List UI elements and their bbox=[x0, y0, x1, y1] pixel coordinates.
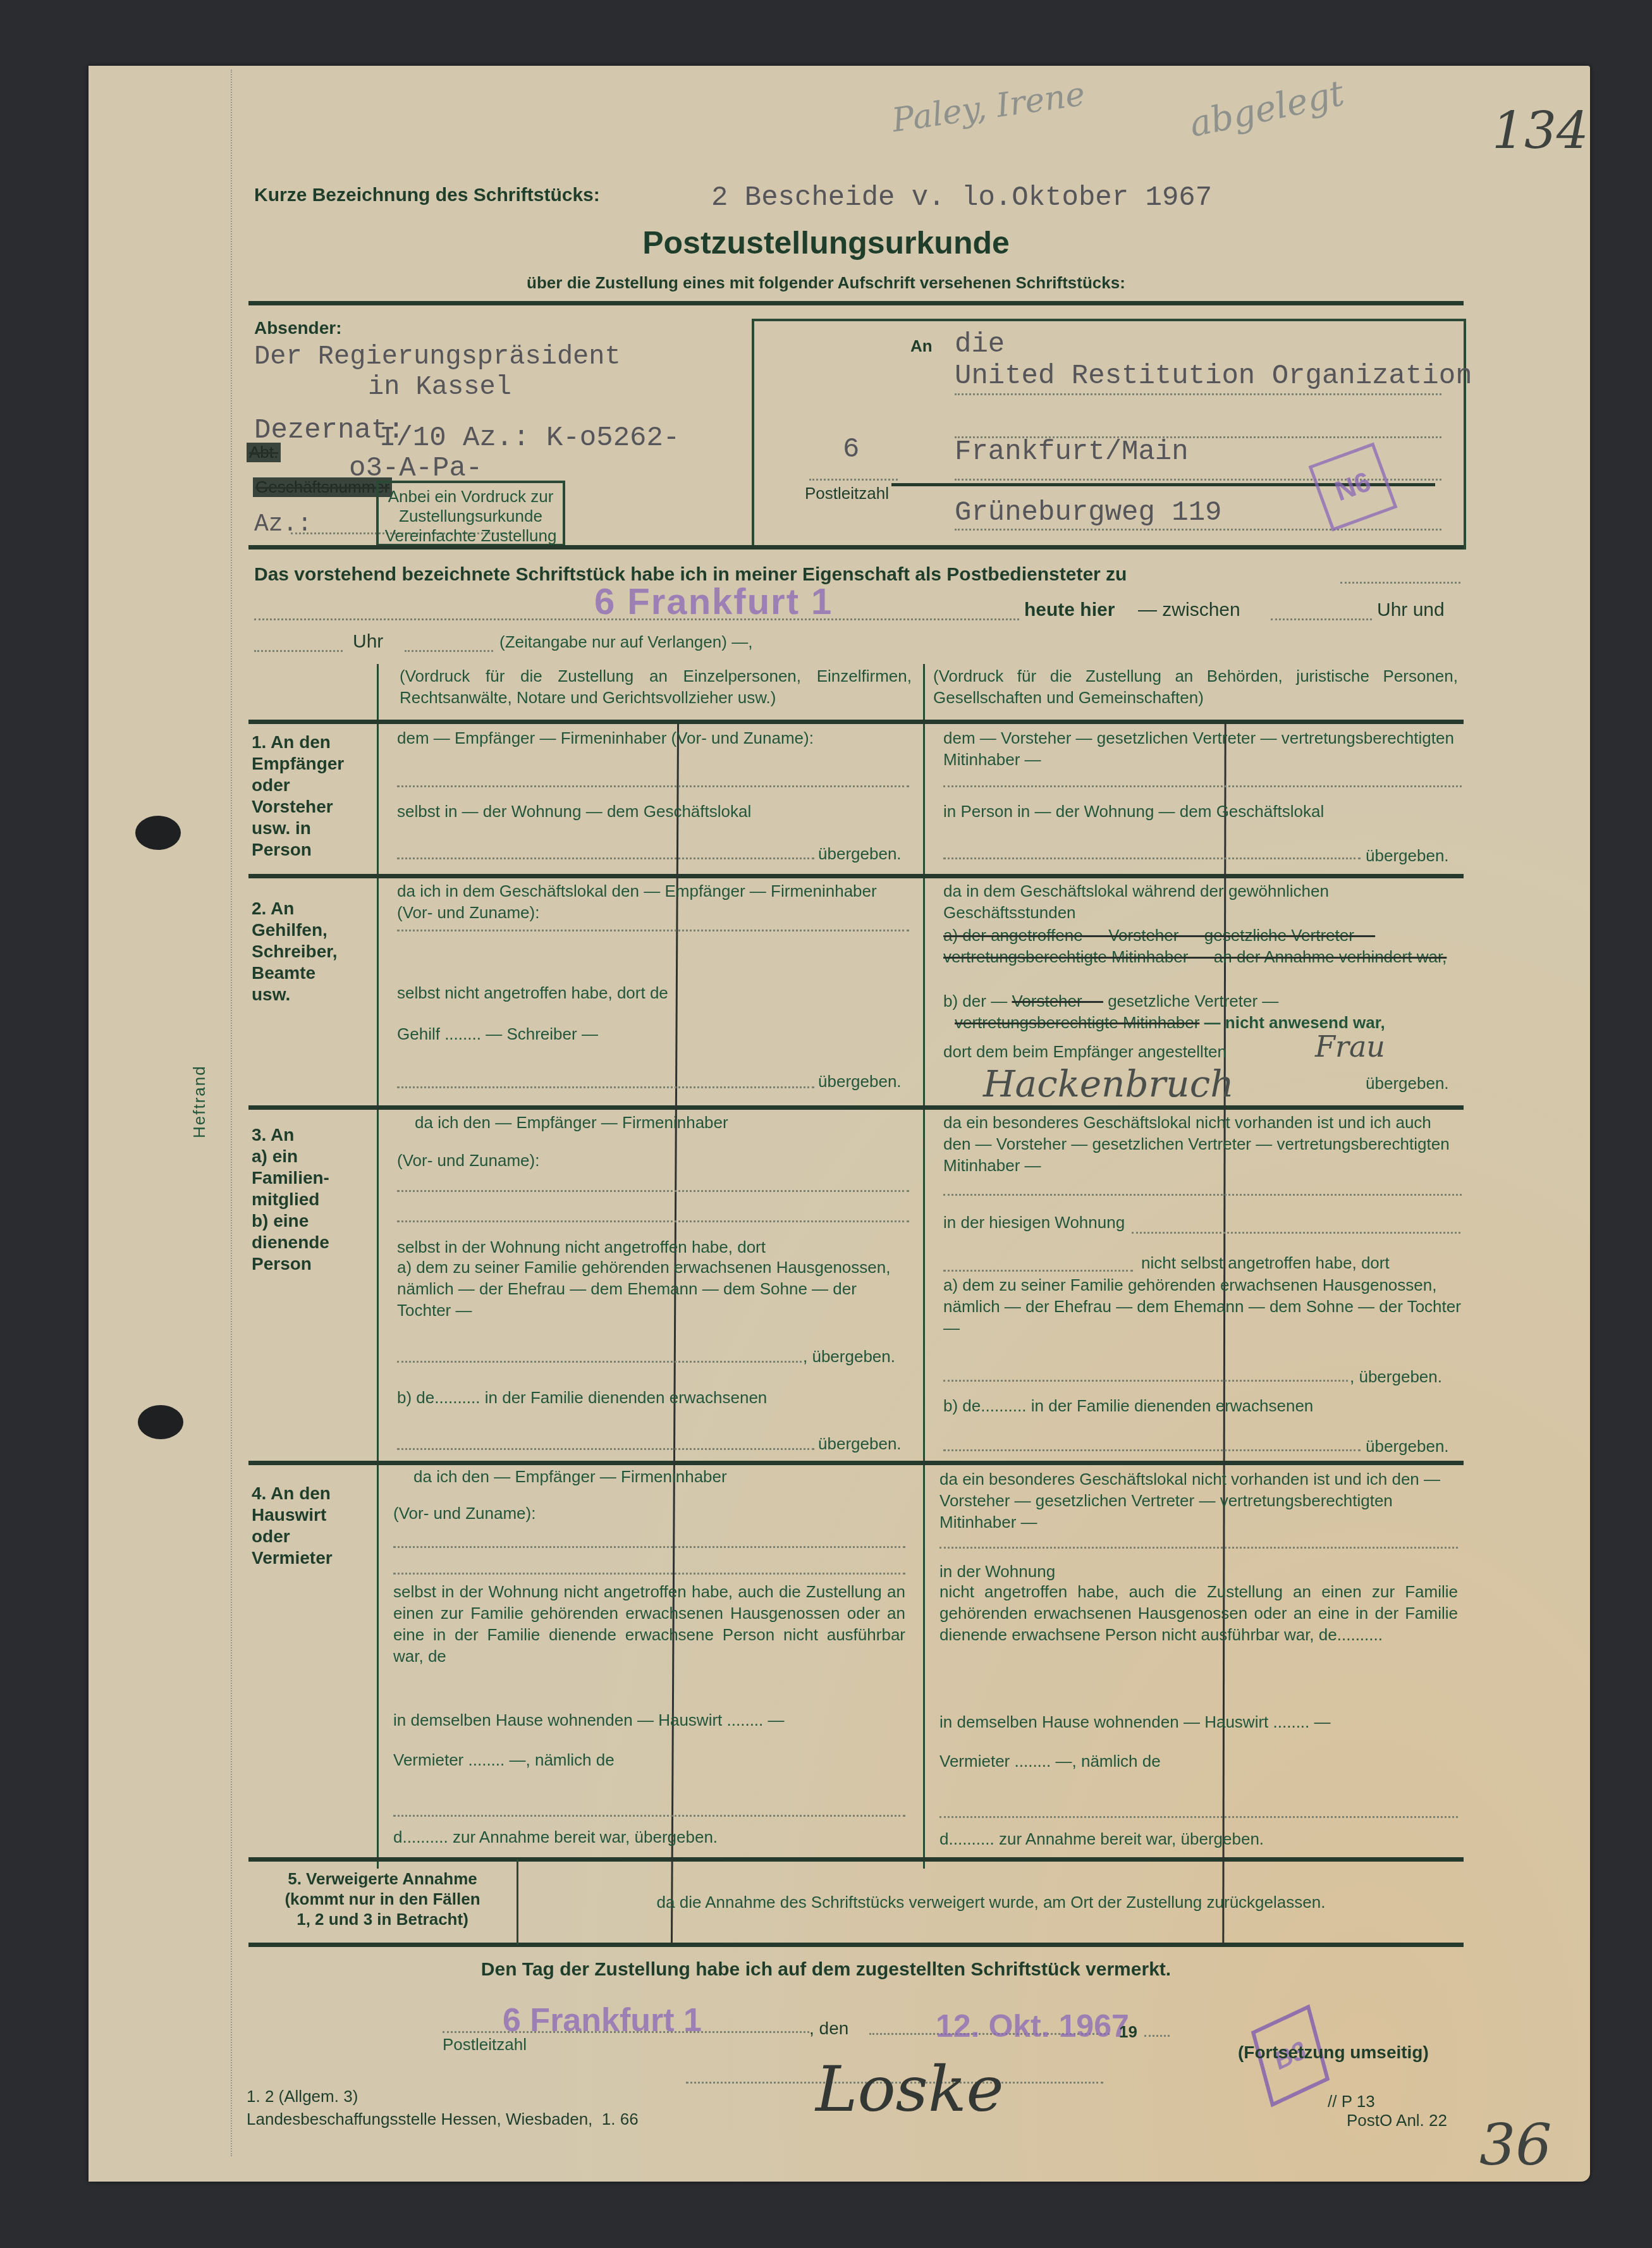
time-note: (Zeitangabe nur auf Verlangen) —, bbox=[499, 632, 752, 652]
section-1-left-field[interactable] bbox=[397, 857, 814, 859]
time-field bbox=[405, 650, 493, 652]
recipient-street: Grüneburgweg 119 bbox=[955, 497, 1221, 529]
punch-hole-top bbox=[135, 816, 181, 850]
section-1-left-location: selbst in — der Wohnung — dem Geschäftsl… bbox=[397, 802, 751, 821]
ref-line-2: PostO Anl. 22 bbox=[1347, 2111, 1447, 2130]
divider bbox=[248, 1105, 1464, 1110]
section-3-right-not-met: nicht selbst angetroffen habe, dort bbox=[1141, 1253, 1390, 1273]
postcode-label-footer: Postleitzahl bbox=[443, 2035, 527, 2055]
section-1-left-name-field[interactable] bbox=[397, 785, 909, 787]
uhr-label: Uhr bbox=[353, 631, 383, 653]
section-2-right-b: b) der — Vorsteher — gesetzliche Vertret… bbox=[943, 992, 1278, 1011]
uhr-und-label: Uhr und bbox=[1377, 599, 1445, 621]
section-2-left-end: übergeben. bbox=[818, 1072, 902, 1091]
column-header-right: (Vordruck für die Zustellung an Behörden… bbox=[933, 665, 1458, 708]
dezernat-value: I/10 Az.: K-o5262- bbox=[379, 422, 680, 454]
to-label: An bbox=[910, 336, 933, 356]
section-3-right-a-field[interactable] bbox=[943, 1380, 1348, 1382]
section-4-label: 4. An denHauswirtoderVermieter bbox=[252, 1483, 333, 1569]
between-label: — zwischen bbox=[1138, 599, 1240, 621]
section-4-left-field[interactable] bbox=[393, 1573, 905, 1575]
section-3-left-text: da ich den — Empfänger — Firmeninhaber bbox=[415, 1113, 728, 1133]
recipient-field bbox=[955, 393, 1441, 395]
note-box: Anbei ein Vordruck zur Zustellungsurkund… bbox=[376, 481, 565, 546]
section-2-left-name-field[interactable] bbox=[397, 930, 909, 931]
divider bbox=[248, 874, 1464, 878]
sender-line-2: in Kassel bbox=[368, 372, 511, 402]
section-3-left-name: (Vor- und Zuname): bbox=[397, 1151, 539, 1170]
section-1-right-end: übergeben. bbox=[1366, 846, 1449, 866]
crossed-business-number: Geschäftsnummer bbox=[253, 477, 392, 497]
note-line-1: Anbei ein Vordruck zur bbox=[379, 487, 563, 507]
section-3-right-b: b) de.......... in der Familie dienenden… bbox=[943, 1396, 1313, 1416]
section-4-left-lessor: Vermieter ........ —, nämlich de bbox=[393, 1750, 905, 1770]
divider bbox=[248, 301, 1464, 305]
column-header-left: (Vordruck für die Zustellung an Einzelpe… bbox=[400, 665, 912, 708]
table-border-middle bbox=[923, 664, 925, 1869]
crossed-abt: Abt. bbox=[247, 443, 281, 462]
divider bbox=[248, 545, 1464, 550]
printer-line: Landesbeschaffungsstelle Hessen, Wiesbad… bbox=[247, 2110, 639, 2129]
section-4-left-text: da ich den — Empfänger — Firmeninhaber bbox=[413, 1467, 727, 1487]
section-4-left-end: d.......... zur Annahme bereit war, über… bbox=[393, 1827, 718, 1847]
footer-place-stamp: 6 Frankfurt 1 bbox=[503, 2001, 702, 2039]
section-3-label: 3. Ana) einFamilien-mitgliedb) einediene… bbox=[252, 1124, 329, 1275]
place-field[interactable] bbox=[443, 2031, 809, 2033]
section-3-right-text: da ein besonderes Geschäftslokal nicht v… bbox=[943, 1112, 1462, 1176]
place-field-2 bbox=[254, 618, 1019, 620]
note-line-3: Vereinfachte Zustellung bbox=[379, 526, 563, 546]
divider bbox=[248, 1943, 1464, 1947]
footer-note: Den Tag der Zustellung habe ich auf dem … bbox=[0, 1959, 1652, 1981]
section-3-right-a-end: , übergeben. bbox=[1350, 1367, 1442, 1387]
date-stamp: 12. Okt. 1967 bbox=[936, 2008, 1129, 2044]
section-3-left-field[interactable] bbox=[397, 1190, 909, 1192]
section-4-right-lessor: Vermieter ........ —, nämlich de bbox=[939, 1752, 1458, 1771]
section-4-right-end: d.......... zur Annahme bereit war, über… bbox=[939, 1829, 1264, 1849]
punch-hole-bottom bbox=[138, 1405, 183, 1439]
margin-perforation bbox=[231, 70, 232, 2156]
section-4-left-field[interactable] bbox=[393, 1546, 905, 1548]
section-2-right-end: übergeben. bbox=[1366, 1074, 1449, 1093]
section-2-left-not-met: selbst nicht angetroffen habe, dort de bbox=[397, 983, 668, 1003]
section-3-left-a-end: , übergeben. bbox=[803, 1347, 895, 1367]
postcode: 6 bbox=[843, 434, 859, 465]
year-field[interactable] bbox=[1144, 2035, 1170, 2037]
divider bbox=[248, 720, 1464, 724]
section-1-left-end: übergeben. bbox=[818, 844, 902, 864]
place-stamp: 6 Frankfurt 1 bbox=[594, 580, 833, 623]
divider bbox=[248, 1857, 1464, 1862]
recipient-line-1: die bbox=[955, 329, 1005, 360]
recipient-city: Frankfurt/Main bbox=[955, 436, 1189, 468]
section-2-label: 2. AnGehilfen,Schreiber,Beamteusw. bbox=[252, 898, 337, 1005]
form-id: 1. 2 (Allgem. 3) bbox=[247, 2087, 358, 2106]
year-prefix: 19 bbox=[1119, 2022, 1137, 2042]
recipient-line-2: United Restitution Organization bbox=[955, 360, 1472, 392]
margin-label: Heftrand bbox=[190, 1065, 209, 1138]
time-to-field bbox=[254, 650, 343, 652]
section-4-left-field[interactable] bbox=[393, 1815, 905, 1817]
section-4-right-text: da ein besonderes Geschäftslokal nicht v… bbox=[939, 1468, 1458, 1533]
section-4-right-field[interactable] bbox=[939, 1816, 1458, 1818]
section-3-right-apartment-field[interactable] bbox=[1132, 1232, 1460, 1234]
section-4-left-not-met: selbst in der Wohnung nicht angetroffen … bbox=[393, 1581, 905, 1667]
handwritten-employee-name: Hackenbruch bbox=[983, 1062, 1234, 1105]
section-4-right-apartment: in der Wohnung bbox=[939, 1562, 1055, 1582]
continuation-note: (Fortsetzung umseitig) bbox=[1238, 2042, 1429, 2063]
section-3-left-end: übergeben. bbox=[818, 1434, 902, 1454]
table-border-left bbox=[377, 664, 379, 1869]
section-1-right-field[interactable] bbox=[943, 857, 1361, 859]
postcode-field bbox=[809, 479, 898, 481]
section-3-right-end: übergeben. bbox=[1366, 1437, 1449, 1456]
signature: Loske bbox=[816, 2052, 1004, 2126]
section-4-left-name: (Vor- und Zuname): bbox=[393, 1504, 535, 1523]
time-from-field bbox=[1271, 618, 1372, 620]
section-1-left-text: dem — Empfänger — Firmeninhaber (Vor- un… bbox=[397, 727, 909, 749]
section-3-left-a-field[interactable] bbox=[397, 1361, 802, 1363]
street-field bbox=[955, 529, 1441, 531]
section-3-right-field[interactable] bbox=[943, 1270, 1133, 1272]
section-3-left-field[interactable] bbox=[397, 1220, 909, 1222]
section-2-right-employee: dort dem beim Empfänger angestellten bbox=[943, 1042, 1227, 1062]
section-3-left-not-met: selbst in der Wohnung nicht angetroffen … bbox=[397, 1236, 909, 1258]
short-description-label: Kurze Bezeichnung des Schriftstücks: bbox=[254, 185, 600, 206]
section-3-right-b-field[interactable] bbox=[943, 1449, 1361, 1451]
page-title: Postzustellungsurkunde bbox=[0, 224, 1652, 261]
note-line-2: Zustellungsurkunde bbox=[379, 507, 563, 526]
section-2-right-a-struck: a) der angetroffene — Vorsteher — gesetz… bbox=[943, 924, 1462, 967]
divider bbox=[248, 1461, 1464, 1465]
section-2-right-text: da in dem Geschäftslokal während der gew… bbox=[943, 880, 1462, 923]
sender-label: Absender: bbox=[254, 318, 341, 338]
ref-line-1: // P 13 bbox=[1328, 2092, 1375, 2111]
place-field bbox=[1340, 582, 1460, 584]
section-1-right-name-field[interactable] bbox=[943, 785, 1462, 787]
postcode-label: Postleitzahl bbox=[805, 484, 889, 503]
page-subtitle: über die Zustellung eines mit folgender … bbox=[0, 273, 1652, 293]
section-4-left-landlord: in demselben Hause wohnenden — Hauswirt … bbox=[393, 1711, 905, 1730]
short-description-value: 2 Bescheide v. lo.Oktober 1967 bbox=[711, 182, 1212, 214]
section-5-text: da die Annahme des Schriftstücks verweig… bbox=[518, 1893, 1464, 1912]
section-2-left-field[interactable] bbox=[397, 1086, 814, 1088]
section-4-right-field[interactable] bbox=[939, 1547, 1458, 1549]
section-3-left-b: b) de.......... in der Familie dienenden… bbox=[397, 1388, 767, 1408]
page-number: 134 bbox=[1492, 101, 1589, 160]
section-2-left-assistant: Gehilf ........ — Schreiber — bbox=[397, 1024, 598, 1044]
den-label: , den bbox=[809, 2018, 848, 2039]
section-3-left-b-field[interactable] bbox=[397, 1448, 814, 1450]
section-3-right-a: a) dem zu seiner Familie gehörenden erwa… bbox=[943, 1274, 1462, 1339]
section-3-left-a: a) dem zu seiner Familie gehörenden erwa… bbox=[397, 1256, 909, 1321]
today-here: heute hier bbox=[1024, 599, 1115, 621]
section-5-label: 5. Verweigerte Annahme(kommt nur in den … bbox=[248, 1869, 517, 1929]
section-2-left-text: da ich in dem Geschäftslokal den — Empfä… bbox=[397, 880, 909, 923]
section-4-right-not-met: nicht angetroffen habe, auch die Zustell… bbox=[939, 1581, 1458, 1645]
section-4-right-landlord: in demselben Hause wohnenden — Hauswirt … bbox=[939, 1712, 1458, 1732]
section-3-right-apartment: in der hiesigen Wohnung bbox=[943, 1213, 1125, 1232]
bottom-number: 36 bbox=[1479, 2112, 1552, 2178]
section-1-label: 1. An denEmpfängeroderVorsteherusw. inPe… bbox=[252, 732, 344, 861]
section-1-right-text: dem — Vorsteher — gesetzlichen Vertreter… bbox=[943, 727, 1462, 770]
section-1-right-location: in Person in — der Wohnung — dem Geschäf… bbox=[943, 802, 1324, 821]
handwritten-title: Frau bbox=[1315, 1029, 1385, 1064]
section-3-right-field[interactable] bbox=[943, 1194, 1462, 1196]
sender-line-1: Der Regierungspräsident bbox=[254, 341, 621, 372]
